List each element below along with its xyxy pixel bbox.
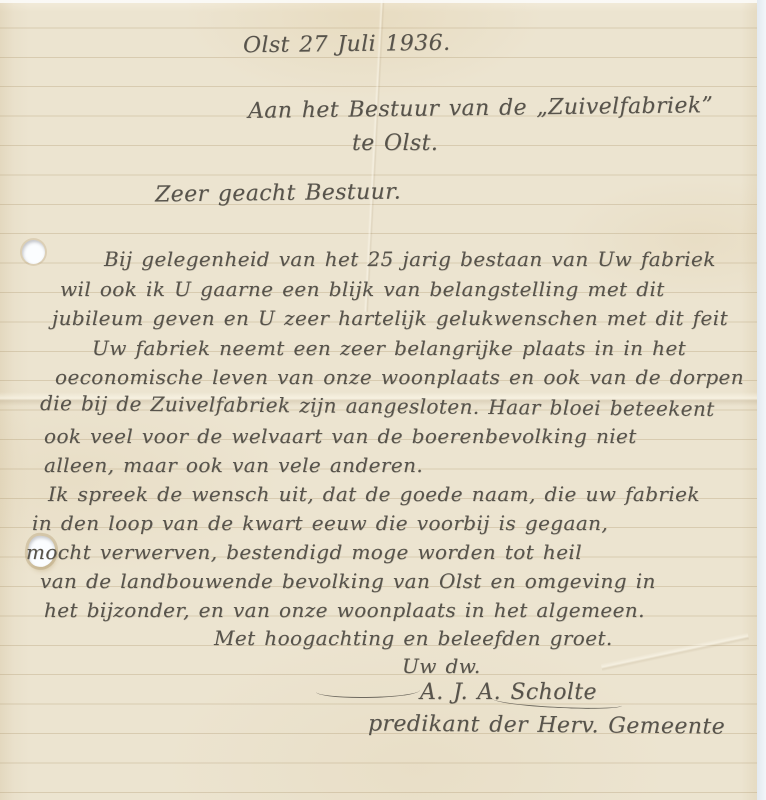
scan-edge-top [0,0,766,3]
closing-line: Met hoogachting en beleefden groet. [214,626,613,650]
punch-hole-top [22,240,45,264]
body-line: wil ook ik U gaarne een blijk van belang… [60,277,665,301]
body-line: van de landbouwende bevolking van Olst e… [40,569,656,593]
body-line: jubileum geven en U zeer hartelijk geluk… [52,306,728,330]
body-line: in den loop van de kwart eeuw die voorbi… [32,511,608,535]
date-line: Olst 27 Juli 1936. [243,31,451,59]
body-line: het bijzonder, en van onze woonplaats in… [44,598,645,622]
body-line: mocht verwerven, bestendigd moge worden … [26,540,582,564]
addressee-line-2: te Olst. [352,131,438,156]
salutation: Zeer geacht Bestuur. [155,179,401,207]
body-line: ook veel voor de welvaart van de boerenb… [44,424,637,448]
scan-edge-right [757,0,766,800]
signature-role: predikant der Herv. Gemeente [368,711,725,739]
body-line: Ik spreek de wensch uit, dat de goede na… [48,482,700,506]
body-line: alleen, maar ook van vele anderen. [44,453,423,477]
scanned-letter: Olst 27 Juli 1936. Aan het Bestuur van d… [0,0,766,800]
body-line: oeconomische leven van onze woonplaats e… [55,365,744,389]
body-line: Bij gelegenheid van het 25 jarig bestaan… [104,247,716,271]
body-line: Uw fabriek neemt een zeer belangrijke pl… [92,336,686,360]
signoff-line: Uw dw. [402,654,481,678]
